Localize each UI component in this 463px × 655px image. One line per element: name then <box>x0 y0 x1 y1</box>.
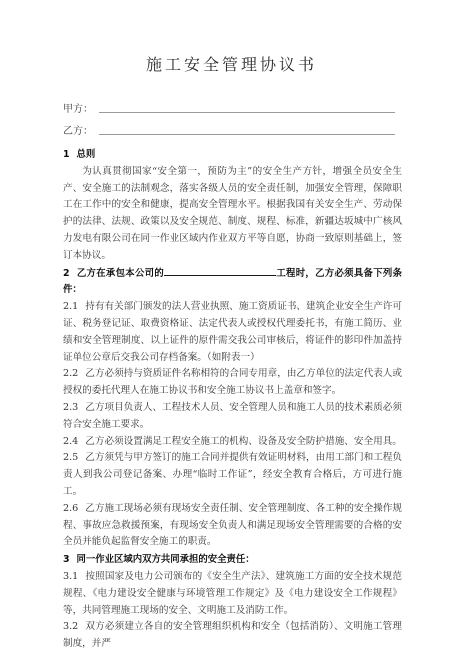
party-b-fill-line <box>99 133 395 135</box>
party-b-row: 乙方： <box>63 115 397 137</box>
clause-3-1-number: 3.1 <box>63 571 78 582</box>
section-2-heading: 2乙方在承包本公司的工程时，乙方必须具备下列条件： <box>63 265 402 300</box>
clause-2-5: 2.5乙方须凭与甲方签订的施工合同并提供有效证明材料，由用工部门和工程负责人到我… <box>63 450 402 500</box>
party-a-label: 甲方： <box>63 100 93 115</box>
section-2-number: 2 <box>63 268 70 279</box>
party-a-fill-line <box>99 111 395 113</box>
clause-2-4-number: 2.4 <box>63 436 78 447</box>
clause-3-1-text: 按照国家及电力公司颁布的《安全生产法》、建筑施工方面的安全技术规范规程、《电力建… <box>63 571 402 616</box>
section-1-paragraph: 为认真贯彻国家“安全第一，预防为主”的安全生产方针，增强全员安全生产、安全施工的… <box>63 164 402 265</box>
section-3-heading-text: 同一作业区域内双方共同承担的安全责任： <box>77 554 255 565</box>
party-a-row: 甲方： <box>63 93 397 115</box>
clause-2-3: 2.3乙方项目负责人、工程技术人员、安全管理人员和施工人员的技术素质必须符合安全… <box>63 400 402 434</box>
clause-2-1-number: 2.1 <box>63 301 78 312</box>
clause-3-2-number: 3.2 <box>63 621 78 632</box>
clause-2-4-text: 乙方必须设置满足工程安全施工的机构、设备及安全防护措施、安全用具。 <box>85 436 402 447</box>
clause-2-4: 2.4乙方必须设置满足工程安全施工的机构、设备及安全防护措施、安全用具。 <box>63 434 402 451</box>
section-1-heading-text: 总则 <box>77 149 96 160</box>
clause-2-1: 2.1持有有关部门颁发的法人营业执照、施工资质证书、建筑企业安全生产许可证、税务… <box>63 299 402 366</box>
clause-3-1: 3.1按照国家及电力公司颁布的《安全生产法》、建筑施工方面的安全技术规范规程、《… <box>63 569 402 619</box>
parties-block: 甲方： 乙方： <box>63 93 397 137</box>
clause-2-3-number: 2.3 <box>63 402 78 413</box>
clause-2-5-text: 乙方须凭与甲方签订的施工合同并提供有效证明材料，由用工部门和工程负责人到我公司登… <box>63 452 402 497</box>
clause-2-5-number: 2.5 <box>63 452 78 463</box>
clause-3-2: 3.2双方必须建立各自的安全管理组织机构和安全（包括消防）、文明施工管理制度，并… <box>63 619 402 653</box>
clause-2-6-text: 乙方施工现场必须有现场安全责任制、安全管理制度、各工种的安全操作规程、事故应急救… <box>63 503 402 548</box>
document-title: 施工安全管理协议书 <box>0 0 463 75</box>
section-1-heading: 1总则 <box>63 146 402 164</box>
project-name-blank <box>164 266 276 276</box>
clause-3-2-text: 双方必须建立各自的安全管理组织机构和安全（包括消防）、文明施工管理制度，并严 <box>63 621 402 649</box>
clause-2-1-text: 持有有关部门颁发的法人营业执照、施工资质证书、建筑企业安全生产许可证、税务登记证… <box>63 301 402 362</box>
section-2-heading-prefix: 乙方在承包本公司的 <box>77 268 165 279</box>
clause-2-3-text: 乙方项目负责人、工程技术人员、安全管理人员和施工人员的技术素质必须符合安全施工要… <box>63 402 402 430</box>
clause-2-2: 2.2乙方必须持与资质证件名称相符的合同专用章，由乙方单位的法定代表人或授权的委… <box>63 366 402 400</box>
section-3-number: 3 <box>63 554 70 565</box>
clause-2-6-number: 2.6 <box>63 503 78 514</box>
clause-2-2-number: 2.2 <box>63 368 78 379</box>
section-3-heading: 3同一作业区域内双方共同承担的安全责任： <box>63 551 402 569</box>
party-b-label: 乙方： <box>63 122 93 137</box>
clause-2-6: 2.6乙方施工现场必须有现场安全责任制、安全管理制度、各工种的安全操作规程、事故… <box>63 501 402 551</box>
document-body: 1总则 为认真贯彻国家“安全第一，预防为主”的安全生产方针，增强全员安全生产、安… <box>63 146 402 653</box>
section-1-number: 1 <box>63 149 70 160</box>
clause-2-2-text: 乙方必须持与资质证件名称相符的合同专用章，由乙方单位的法定代表人或授权的委托代理… <box>63 368 402 396</box>
document-page: 施工安全管理协议书 甲方： 乙方： 1总则 为认真贯彻国家“安全第一，预防为主”… <box>0 0 463 655</box>
